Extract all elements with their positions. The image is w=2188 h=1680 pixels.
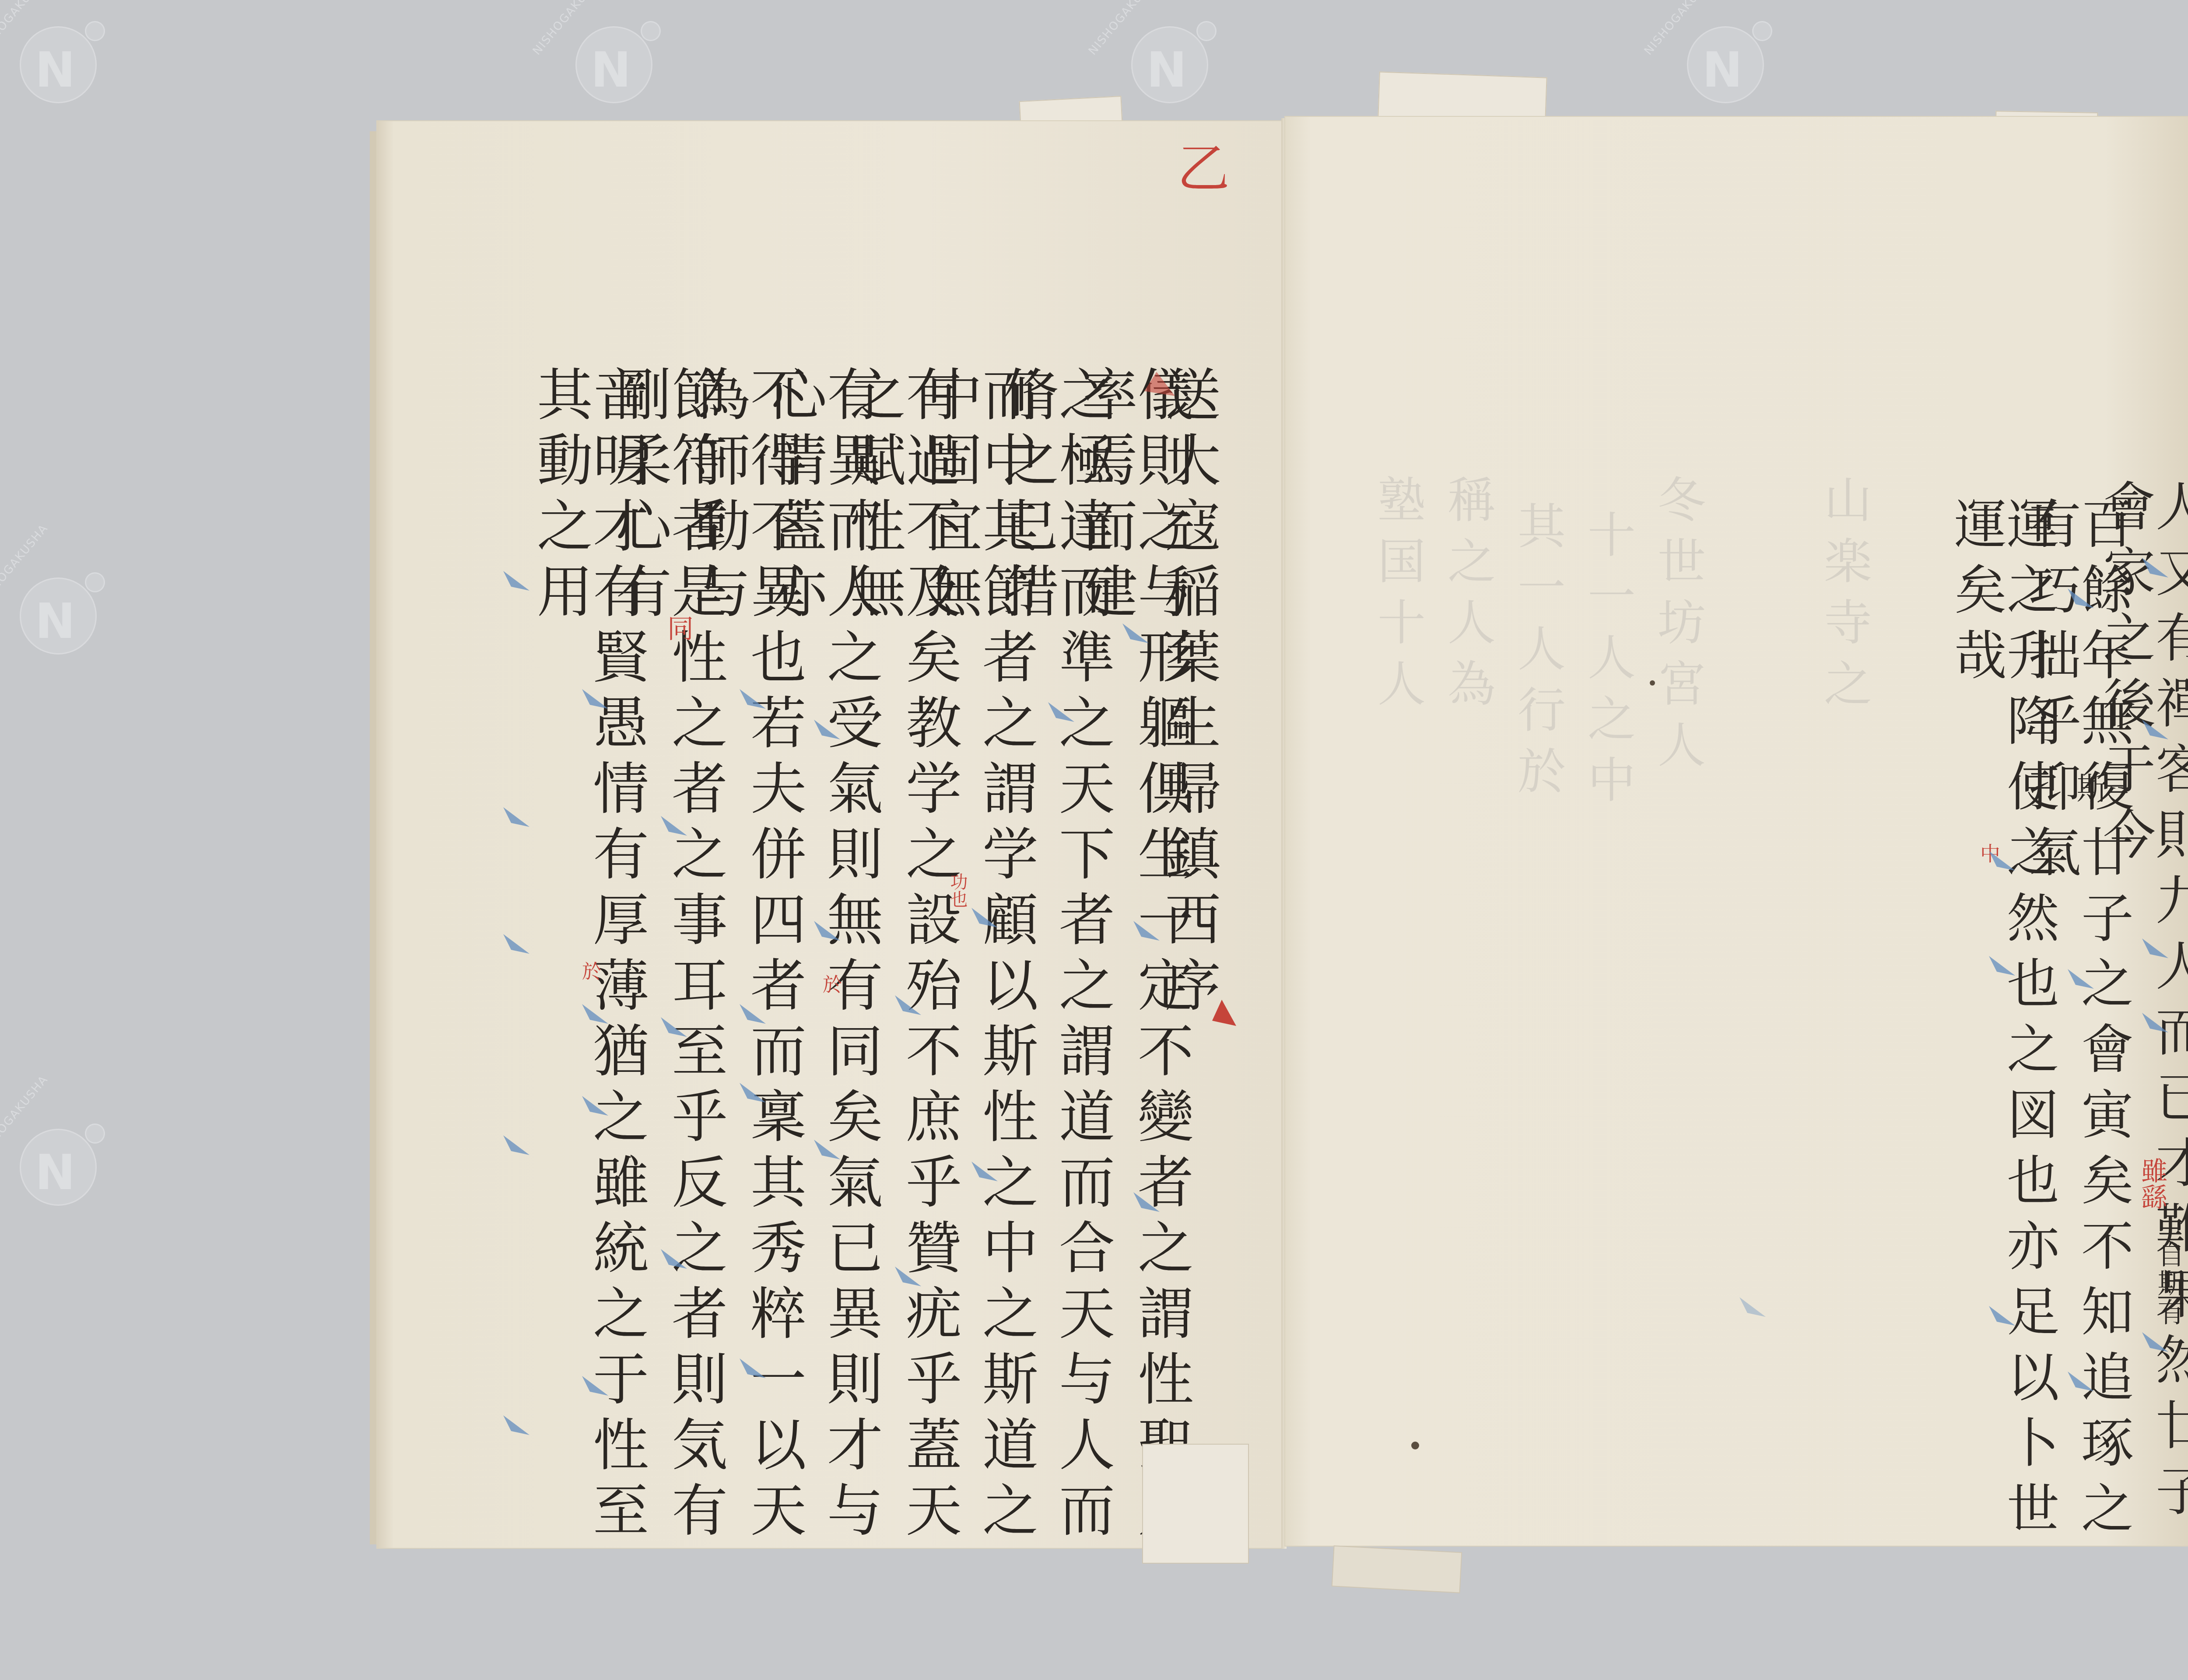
bleed-through-text: 稱之人為 — [1433, 475, 1502, 720]
bleed-through-text: 冬世坊宮人 — [1643, 475, 1712, 781]
blue-punctuation-mark — [503, 807, 529, 827]
blue-punctuation-mark — [503, 1415, 529, 1435]
binding-tab — [1378, 71, 1547, 122]
interlinear-note: 自斯有 — [2155, 1240, 2182, 1327]
binding-tab — [1332, 1545, 1462, 1593]
blue-punctuation-mark — [503, 571, 529, 591]
red-annotation: 雖繇 — [2133, 1157, 2171, 1210]
left-page: 乙 送大寇稲葉生帰鎮西序 儀則之与形軀倶生一定不變者之謂性聖人率焉而建 之極達而… — [376, 120, 1282, 1549]
binding-hole — [1411, 1442, 1419, 1449]
red-annotation: 同 — [667, 608, 694, 646]
bleed-through-text: 十一人之中 — [1573, 510, 1642, 816]
red-annotation: 於 — [823, 969, 842, 997]
watermark-logo: NNISHOGAKUSHA — [9, 1111, 109, 1212]
watermark-logo: NNISHOGAKUSHA — [9, 560, 109, 661]
watermark-logo: NNISHOGAKUSHA — [1120, 9, 1221, 109]
watermark-logo: NNISHOGAKUSHA — [565, 9, 665, 109]
bleed-through-text: 塾国十人 — [1363, 475, 1432, 720]
blue-punctuation-mark — [503, 1135, 529, 1155]
watermark-logo: NNISHOGAKUSHA — [9, 9, 109, 109]
red-annotation: 於 — [582, 956, 601, 984]
folio-mark: 乙 — [1177, 127, 1230, 202]
blue-punctuation-mark — [503, 934, 529, 954]
ink-dot — [1650, 680, 1655, 686]
right-page: 塾国十人 稱之人為 其一人行於 十一人之中 冬世坊宮人 山楽寺之 人又有禪客則九… — [1284, 116, 2188, 1547]
bleed-through-text: 山楽寺之 — [1809, 475, 1879, 720]
watermark-logo: NNISHOGAKUSHA — [1676, 9, 1777, 109]
paper-tab — [1142, 1444, 1249, 1564]
blue-punctuation-mark — [1739, 1297, 1766, 1317]
text-column: 運之升降使之然也之図也亦足以卜世運矣哉 — [1950, 497, 2055, 1547]
bleed-through-text: 其一人行於 — [1503, 501, 1572, 807]
interlinear-note: 斯 — [2074, 772, 2105, 803]
red-annotation: 功也 — [945, 873, 970, 908]
